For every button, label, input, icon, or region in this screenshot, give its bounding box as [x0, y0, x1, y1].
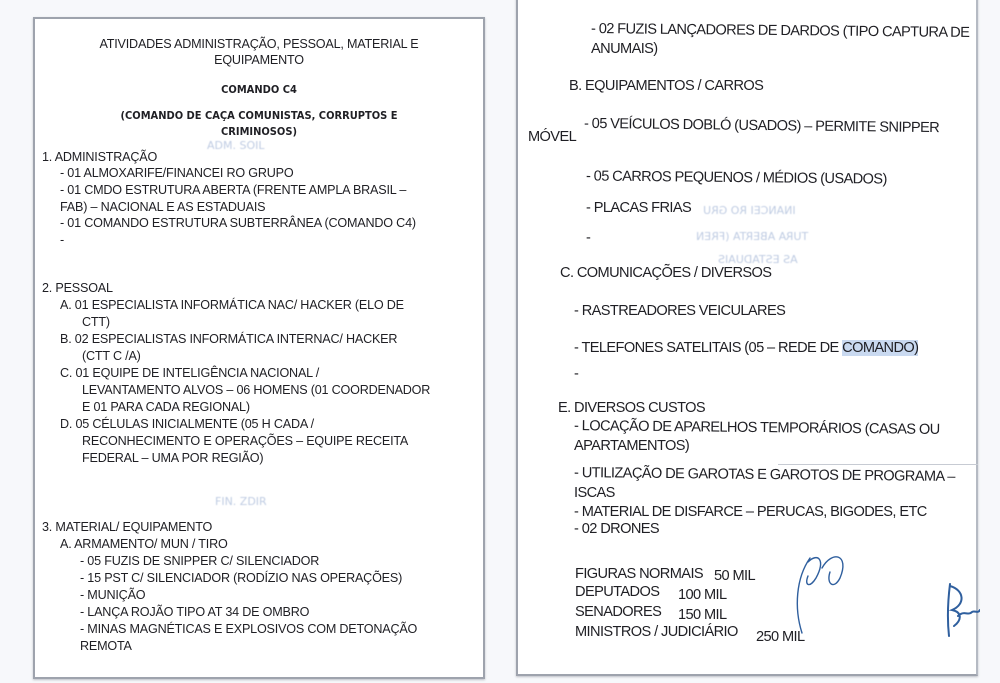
list-item: - TELEFONES SATELITAIS (05 – REDE DE COM… [574, 340, 918, 357]
list-item: - 01 ALMOXARIFE/FINANCEI RO GRUPO [60, 166, 293, 181]
list-item-text: - TELEFONES SATELITAIS (05 – REDE DE [574, 340, 842, 356]
list-item: - [586, 230, 590, 247]
list-item: APARTAMENTOS) [574, 438, 689, 455]
price-value: 150 MIL [678, 607, 727, 624]
list-item: - LANÇA ROJÃO TIPO AT 34 DE OMBRO [80, 605, 309, 620]
list-item: (CTT C /A) [82, 349, 141, 364]
list-item: - MATERIAL DE DISFARCE – PERUCAS, BIGODE… [574, 504, 927, 521]
list-item: - PLACAS FRIAS [586, 200, 691, 217]
selected-text[interactable]: COMANDO) [842, 340, 918, 356]
section-heading-material: 3. MATERIAL/ EQUIPAMENTO [42, 520, 212, 535]
list-item: A. ARMAMENTO/ MUN / TIRO [60, 537, 228, 552]
list-item: - [60, 233, 64, 248]
command-subtitle-line2: CRIMINOSOS) [35, 124, 483, 139]
document-page-right: - 02 FUZIS LANÇADORES DE DARDOS (TIPO CA… [516, 0, 978, 676]
list-item: - 05 VEÍCULOS DOBLÓ (USADOS) – PERMITE S… [584, 116, 939, 137]
signature-rubric [944, 580, 980, 640]
list-item: A. 01 ESPECIALISTA INFORMÁTICA NAC/ HACK… [60, 298, 404, 313]
document-title-line1: ATIVIDADES ADMINISTRAÇÃO, PESSOAL, MATER… [35, 37, 483, 52]
list-item: B. 02 ESPECIALISTAS INFORMÁTICA INTERNAC… [60, 332, 397, 347]
price-label: SENADORES [575, 604, 661, 621]
list-item: - MINAS MAGNÉTICAS E EXPLOSIVOS COM DETO… [80, 622, 417, 637]
list-item: - 01 CMDO ESTRUTURA ABERTA (FRENTE AMPLA… [60, 183, 406, 198]
price-value: 50 MIL [714, 568, 755, 585]
list-item: C. 01 EQUIPE DE INTELIGÊNCIA NACIONAL / [60, 366, 319, 381]
price-value: 100 MIL [678, 587, 727, 604]
list-item: - MUNIÇÃO [80, 588, 145, 603]
stamp-mark: INANCEI RO GRU [703, 204, 796, 217]
section-heading-comunicacoes: C. COMUNICAÇÕES / DIVERSOS [560, 265, 771, 282]
list-item: - 15 PST C/ SILENCIADOR (RODÍZIO NAS OPE… [80, 571, 402, 586]
signature-initials [788, 548, 858, 638]
list-item: - [574, 366, 578, 383]
stamp-mark: AS ESTADUAIS [718, 253, 798, 266]
section-heading-pessoal: 2. PESSOAL [42, 281, 113, 296]
list-item: REMOTA [80, 639, 132, 654]
price-label: FIGURAS NORMAIS [575, 566, 703, 583]
section-heading-equipamentos: B. EQUIPAMENTOS / CARROS [569, 78, 763, 95]
list-item: FAB) – NACIONAL E AS ESTADUAIS [60, 200, 265, 215]
list-item: MÓVEL [528, 129, 576, 146]
list-item: ANUMAIS) [591, 41, 658, 58]
list-item: - LOCAÇÃO DE APARELHOS TEMPORÁRIOS (CASA… [574, 418, 940, 439]
stamp-mark: TURA ABERTA (FREN [696, 230, 808, 243]
list-item: ISCAS [574, 485, 615, 502]
list-item: - 02 DRONES [574, 521, 659, 538]
document-page-left: ATIVIDADES ADMINISTRAÇÃO, PESSOAL, MATER… [33, 17, 485, 679]
price-label: DEPUTADOS [575, 584, 659, 601]
list-item: E 01 PARA CADA REGIONAL) [82, 400, 250, 415]
list-item: - 02 FUZIS LANÇADORES DE DARDOS (TIPO CA… [591, 21, 969, 42]
list-item: - 05 FUZIS DE SNIPPER C/ SILENCIADOR [80, 554, 319, 569]
list-item: CTT) [82, 315, 110, 330]
stamp-mark: ADM. SOIL [207, 139, 265, 152]
document-title-line2: EQUIPAMENTO [35, 53, 483, 68]
price-label: MINISTROS / JUDICIÁRIO [575, 624, 738, 641]
list-item: - 05 CARROS PEQUENOS / MÉDIOS (USADOS) [586, 168, 887, 188]
section-heading-diversos-custos: E. DIVERSOS CUSTOS [558, 400, 705, 417]
stamp-mark: FIN. ZDIR [215, 495, 267, 508]
command-subtitle-line1: (COMANDO DE CAÇA COMUNISTAS, CORRUPTOS E [35, 108, 483, 123]
list-item: - UTILIZAÇÃO DE GAROTAS E GAROTOS DE PRO… [574, 465, 955, 486]
list-item: - 01 COMANDO ESTRUTURA SUBTERRÂNEA (COMA… [60, 216, 416, 231]
section-heading-administracao: 1. ADMINISTRAÇÃO [42, 150, 157, 165]
list-item: - RASTREADORES VEICULARES [574, 303, 785, 320]
page-fold-line [778, 464, 978, 465]
list-item: LEVANTAMENTO ALVOS – 06 HOMENS (01 COORD… [82, 383, 430, 398]
command-title: COMANDO C4 [35, 82, 483, 97]
list-item: FEDERAL – UMA POR REGIÃO) [82, 451, 263, 466]
list-item: D. 05 CÉLULAS INICIALMENTE (05 H CADA / [60, 417, 314, 432]
list-item: RECONHECIMENTO E OPERAÇÕES – EQUIPE RECE… [82, 434, 408, 449]
